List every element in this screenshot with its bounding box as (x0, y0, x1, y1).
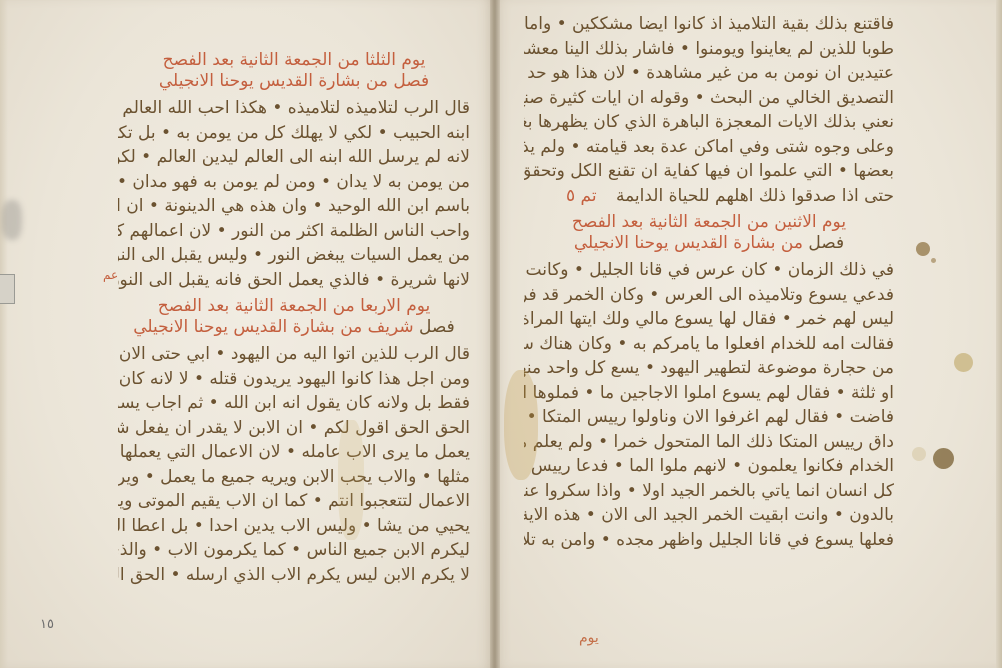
text-line: قال الرب لتلاميذه لتلاميذه • هكذا احب ال… (118, 96, 470, 121)
left-page: يوم الثلثا من الجمعة الثانية بعد الفصح ف… (0, 0, 494, 668)
text-line: الحق الحق اقول لكم • ان الابن لا يقدر ان… (118, 416, 470, 441)
ink-spot (954, 353, 973, 372)
text-line: فقط بل ولانه كان يقول انه ابن الله • ثم … (118, 391, 470, 416)
rubric-heading: يوم الثلثا من الجمعة الثانية بعد الفصح (118, 50, 470, 71)
rubric-subheading: فصل شريف من بشارة القديس يوحنا الانجيلي (118, 317, 470, 338)
left-text-block: يوم الثلثا من الجمعة الثانية بعد الفصح ف… (118, 50, 470, 587)
folio-number: ١٥ (40, 617, 54, 632)
page-tab-marker (0, 274, 15, 304)
text-line: من يومن به لا يدان • ومن لم يومن به فهو … (118, 170, 470, 195)
text-line: نعني بذلك الايات المعجزة الباهرة الذي كا… (524, 110, 894, 135)
book-gutter (490, 0, 500, 668)
catchword: يوم (579, 630, 599, 646)
text-line: فقالت امه للخدام افعلوا ما يامركم به • و… (524, 332, 894, 357)
text-line: او ثلثة • فقال لهم يسوع املوا الاجاجين م… (524, 381, 894, 406)
margin-note: ﻋﻢ (103, 268, 118, 282)
text-line: فعلها يسوع في قانا الجليل واظهر مجده • و… (524, 528, 894, 553)
rubric-heading: يوم الاثنين من الجمعة الثانية بعد الفصح (524, 212, 894, 233)
text-fragment: حتى اذا صدقوا ذلك اهلهم للحياة الدايمة (616, 186, 894, 206)
rubric-subheading: فصل من بشارة القديس يوحنا الانجيلي (524, 233, 894, 254)
rubric-subheading: فصل من بشارة القديس يوحنا الانجيلي (118, 71, 470, 92)
page-edge-right (996, 0, 1002, 668)
water-stain (504, 370, 538, 480)
ink-spot (912, 447, 926, 461)
text-line: عتيدين ان نومن به من غير مشاهدة • لان هذ… (524, 61, 894, 86)
text-line: باسم ابن الله الوحيد • وان هذه هي الدينو… (118, 194, 470, 219)
text-line: داق رييس المتكا ذلك الما المتحول خمرا • … (524, 430, 894, 455)
text-line: بعضها • التي علموا ان فيها كفاية ان تقنع… (524, 159, 894, 184)
text-line: ليس لهم خمر • فقال لها يسوع مالي ولك ايت… (524, 307, 894, 332)
page-edge-left (0, 0, 8, 668)
text-line: التصديق الخالي من البحث • وقوله ان ايات … (524, 86, 894, 111)
text-line: مثلها • والاب يحب الابن ويريه جميع ما يع… (118, 465, 470, 490)
smudge (2, 200, 22, 240)
text-line: وعلى وجوه شتى وفي اماكن عدة بعد قيامته •… (524, 135, 894, 160)
text-line: من يعمل السيات يبغض النور • وليس يقبل ال… (118, 243, 470, 268)
text-line: في ذلك الزمان • كان عرس في قانا الجليل •… (524, 258, 894, 283)
text-line: يعمل ما يرى الاب عامله • لان الاعمال الت… (118, 440, 470, 465)
text-line: يحيي من يشا • وليس الاب يدين احدا • بل ا… (118, 514, 470, 539)
text-line: الاعمال لتتعجبوا انتم • كما ان الاب يقيم… (118, 489, 470, 514)
text-line: لانه لم يرسل الله ابنه الى العالم ليدين … (118, 145, 470, 170)
manuscript-spread: يوم الثلثا من الجمعة الثانية بعد الفصح ف… (0, 0, 1002, 668)
end-mark: تم ٥ (566, 186, 597, 206)
rubric-lead-word: فصل (808, 233, 844, 253)
right-page: فاقتنع بذلك بقية التلاميذ اذ كانوا ايضا … (494, 0, 1002, 668)
text-line: لانها شريرة • فالذي يعمل الحق فانه يقبل … (118, 268, 470, 293)
text-line: قال الرب للذين اتوا اليه من اليهود • ابي… (118, 342, 470, 367)
water-stain (338, 420, 364, 540)
text-line: فاضت • فقال لهم اغرفوا الان وناولوا رييس… (524, 405, 894, 430)
text-line: واحب الناس الظلمة اكثر من النور • لان اع… (118, 219, 470, 244)
text-line: لا يكرم الابن ليس يكرم الاب الذي ارسله •… (118, 563, 470, 588)
text-line: ابنه الحبيب • لكي لا يهلك كل من يومن به … (118, 121, 470, 146)
text-line: الخدام فكانوا يعلمون • لانهم ملوا الما •… (524, 454, 894, 479)
text-line: كل انسان انما ياتي بالخمر الجيد اولا • و… (524, 479, 894, 504)
text-line: طوبا للذين لم يعاينوا ويومنوا • فاشار بذ… (524, 37, 894, 62)
ink-spot (933, 448, 954, 469)
rubric-rest: شريف من بشارة القديس يوحنا الانجيلي (133, 317, 413, 337)
text-line: فدعي يسوع وتلاميذه الى العرس • وكان الخم… (524, 283, 894, 308)
ink-spot (931, 258, 936, 263)
text-line: فاقتنع بذلك بقية التلاميذ اذ كانوا ايضا … (524, 12, 894, 37)
right-text-block: فاقتنع بذلك بقية التلاميذ اذ كانوا ايضا … (524, 12, 894, 552)
rubric-lead-word: فصل (419, 317, 455, 337)
text-fragment: فعلها يسوع في قانا الجليل واظهر مجده • و… (524, 530, 894, 550)
text-line: من حجارة موضوعة لتطهير اليهود • يسع كل و… (524, 356, 894, 381)
text-line: حتى اذا صدقوا ذلك اهلهم للحياة الدايمة ت… (524, 184, 894, 209)
ink-spot (916, 242, 930, 256)
rubric-rest: من بشارة القديس يوحنا الانجيلي (574, 233, 803, 253)
text-line: ومن اجل هذا كانوا اليهود يريدون قتله • ل… (118, 367, 470, 392)
rubric-heading: يوم الاربعا من الجمعة الثانية بعد الفصح (118, 296, 470, 317)
text-line: بالدون • وانت ابقيت الخمر الجيد الى الان… (524, 503, 894, 528)
text-line: ليكرم الابن جميع الناس • كما يكرمون الاب… (118, 538, 470, 563)
